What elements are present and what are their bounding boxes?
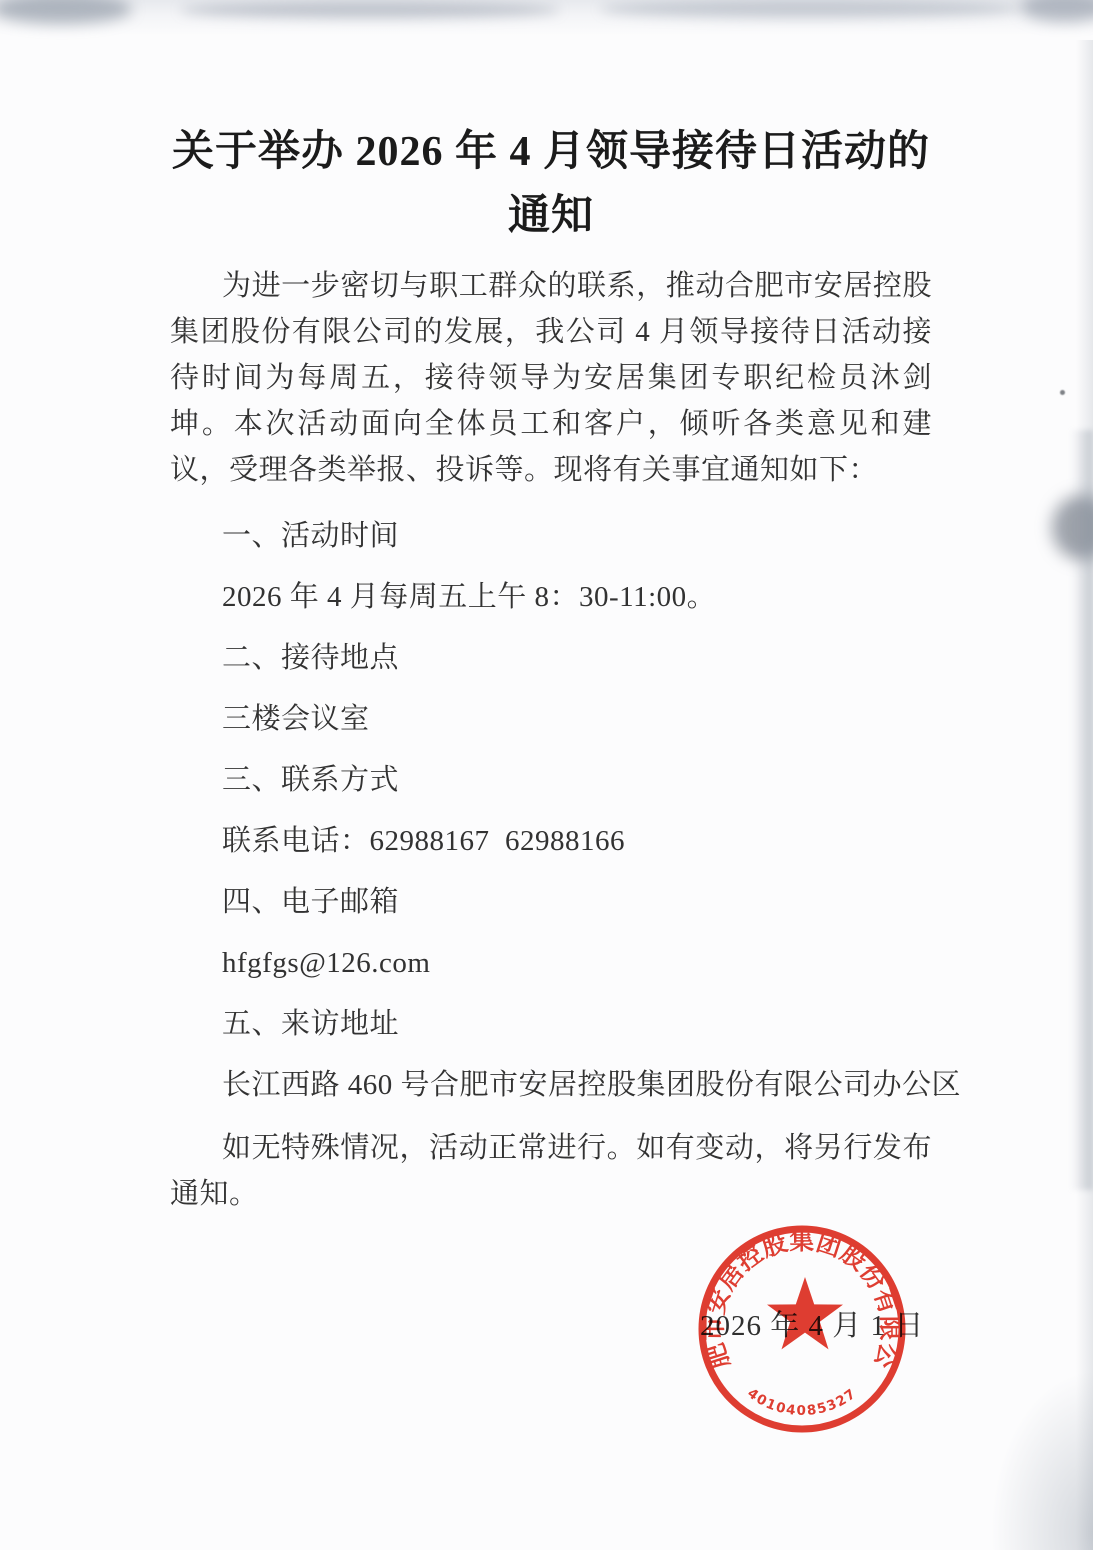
document-title: 关于举办 2026 年 4 月领导接待日活动的 通知: [170, 120, 932, 248]
section-5-content: 长江西路 460 号合肥市安居控股集团股份有限公司办公区: [170, 1062, 932, 1108]
document-title-line1: 关于举办 2026 年 4 月领导接待日活动的: [170, 120, 932, 184]
scan-artifact-corner-shadow: [990, 1370, 1093, 1550]
star-icon: [767, 1277, 843, 1349]
section-5-heading: 五、来访地址: [170, 1001, 932, 1047]
scan-artifact-smudge: [180, 2, 560, 18]
scan-artifact-top-band: [0, 0, 1093, 36]
section-3-content: 联系电话：62988167 62988166: [170, 818, 932, 864]
scanned-notice-page: 关于举办 2026 年 4 月领导接待日活动的 通知 为进一步密切与职工群众的联…: [0, 0, 1093, 1550]
company-seal: 合肥市安居控股集团股份有限公司 3401040853278: [697, 1224, 907, 1434]
section-4-content: hfgfgs@126.com: [170, 940, 932, 986]
document-body: 关于举办 2026 年 4 月领导接待日活动的 通知 为进一步密切与职工群众的联…: [170, 120, 932, 1217]
scan-artifact-edge-streak: [1070, 430, 1093, 1190]
scan-artifact-smudge: [1052, 495, 1093, 560]
scan-artifact-edge-streak: [1076, 40, 1093, 1550]
scan-artifact-smudge: [0, 0, 132, 24]
scan-artifact-smudge: [600, 0, 1020, 18]
section-1-content: 2026 年 4 月每周五上午 8：30-11:00。: [170, 574, 932, 620]
scan-artifact-smudge: [1020, 0, 1093, 22]
section-4-heading: 四、电子邮箱: [170, 879, 932, 925]
document-title-line2: 通知: [170, 184, 932, 248]
section-2-heading: 二、接待地点: [170, 635, 932, 681]
section-2-content: 三楼会议室: [170, 696, 932, 742]
scan-artifact-speck: [1060, 390, 1065, 395]
intro-paragraph: 为进一步密切与职工群众的联系，推动合肥市安居控股集团股份有限公司的发展，我公司 …: [170, 263, 932, 493]
section-3-heading: 三、联系方式: [170, 757, 932, 803]
section-1-heading: 一、活动时间: [170, 513, 932, 559]
closing-paragraph: 如无特殊情况，活动正常进行。如有变动，将另行发布通知。: [170, 1125, 932, 1217]
